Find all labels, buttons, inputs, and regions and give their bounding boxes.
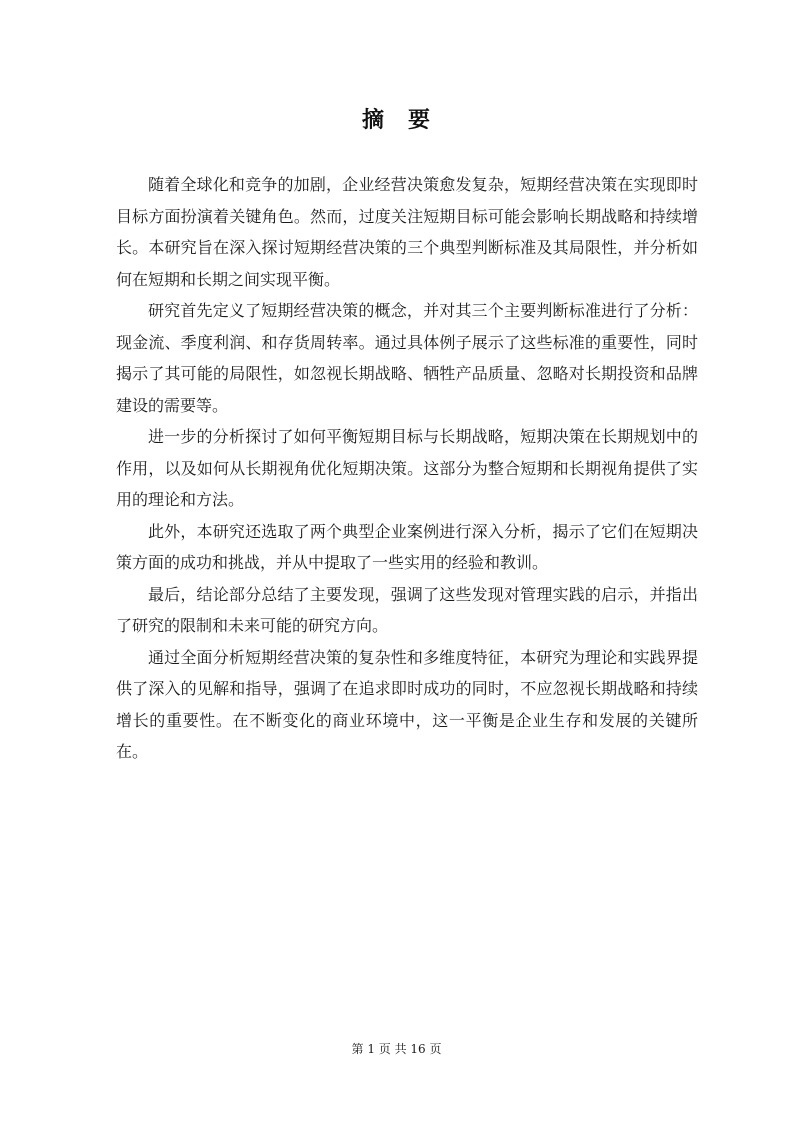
page-number-text: 第 1 页 共 16 页 — [352, 1042, 442, 1056]
abstract-paragraph-2: 研究首先定义了短期经营决策的概念，并对其三个主要判断标准进行了分析：现金流、季度… — [116, 295, 698, 421]
abstract-paragraph-1: 随着全球化和竞争的加剧，企业经营决策愈发复杂，短期经营决策在实现即时目标方面扮演… — [116, 169, 698, 295]
page-footer: 第 1 页 共 16 页 — [0, 1040, 793, 1058]
abstract-body: 随着全球化和竞争的加剧，企业经营决策愈发复杂，短期经营决策在实现即时目标方面扮演… — [116, 169, 698, 768]
abstract-paragraph-3: 进一步的分析探讨了如何平衡短期目标与长期战略，短期决策在长期规划中的作用，以及如… — [116, 421, 698, 516]
abstract-paragraph-4: 此外，本研究还选取了两个典型企业案例进行深入分析，揭示了它们在短期决策方面的成功… — [116, 516, 698, 579]
abstract-paragraph-6: 通过全面分析短期经营决策的复杂性和多维度特征，本研究为理论和实践界提供了深入的见… — [116, 642, 698, 768]
abstract-paragraph-5: 最后，结论部分总结了主要发现，强调了这些发现对管理实践的启示，并指出了研究的限制… — [116, 579, 698, 642]
document-page: 摘 要 随着全球化和竞争的加剧，企业经营决策愈发复杂，短期经营决策在实现即时目标… — [0, 0, 793, 1122]
page-title: 摘 要 — [0, 104, 793, 138]
